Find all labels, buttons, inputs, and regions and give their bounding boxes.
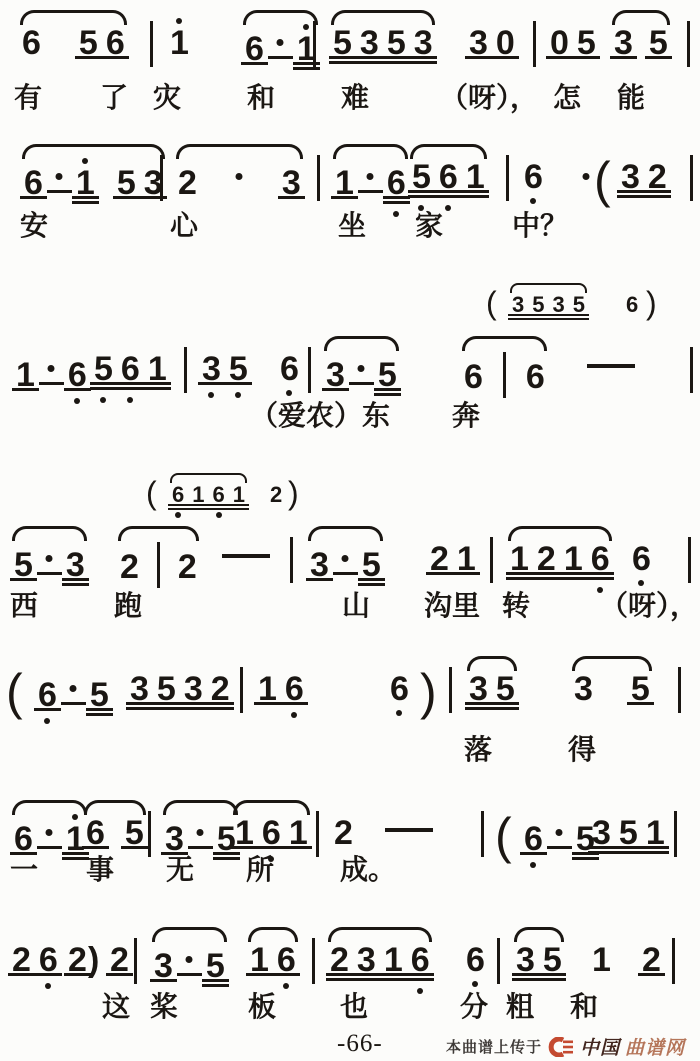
note-group: 2 <box>266 484 286 506</box>
note-digit: 2 <box>116 550 143 584</box>
augmentation-dot <box>61 672 86 706</box>
note-digit: 5 <box>528 294 548 316</box>
octave-dot-low <box>44 718 50 724</box>
lyric: 山 <box>342 592 370 623</box>
augmentation-dot <box>333 542 358 576</box>
note-digit: 1 <box>462 160 489 194</box>
note-group: 1 <box>166 26 193 60</box>
note-group: 1 <box>588 943 615 977</box>
note-digit: 1 <box>72 166 99 200</box>
note-digit: 3 <box>610 26 637 60</box>
bar-line <box>687 21 690 67</box>
note-digit: 1 <box>506 542 533 576</box>
note-digit: 6 <box>522 360 549 394</box>
note-digit: 5 <box>202 949 229 983</box>
note-digit: 5 <box>10 548 37 582</box>
bar-line <box>690 347 693 393</box>
note-group: 16 <box>254 672 308 706</box>
note-group: 16 <box>246 943 300 977</box>
note-group: ) <box>646 290 657 317</box>
octave-dot-low <box>445 205 451 211</box>
note-group <box>585 352 637 386</box>
lyric: 难 <box>341 84 369 115</box>
bar-line <box>672 938 675 984</box>
lyric: 怎 <box>553 84 581 115</box>
lyric: 这 <box>102 993 130 1024</box>
bar-line <box>449 667 452 713</box>
note-digit: 6 <box>622 294 642 316</box>
note-digit: 3 <box>512 943 539 977</box>
slur-arc <box>308 526 383 541</box>
parenthesis: ( <box>146 475 157 511</box>
note-digit: 3 <box>410 26 437 60</box>
note-digit: 5 <box>90 352 117 386</box>
note-digit: 6 <box>18 26 45 60</box>
slur-arc <box>22 144 165 159</box>
note-digit: 6 <box>64 358 91 392</box>
octave-dot-low <box>45 983 51 989</box>
note-digit: 5 <box>573 26 600 60</box>
note-group: ) <box>288 480 299 507</box>
note-digit: 3 <box>356 26 383 60</box>
note-digit: 3 <box>126 672 153 706</box>
lyric: 沟里 <box>424 592 480 623</box>
note-digit: 3 <box>353 943 380 977</box>
bar-line <box>157 542 160 588</box>
note-digit: 5 <box>374 358 401 392</box>
note-digit: 6 <box>386 672 413 706</box>
note-digit: 5 <box>121 816 148 850</box>
note-group: 2 <box>106 943 133 977</box>
watermark: 本曲谱上传于 中国曲谱网 <box>446 1033 685 1060</box>
lyric: 桨 <box>150 993 178 1024</box>
bar-line <box>313 21 316 67</box>
parenthesis: ) <box>646 285 657 321</box>
note-group: ) <box>420 672 437 712</box>
note-digit: 6 <box>407 943 434 977</box>
bar-line <box>690 155 693 201</box>
slur-arc <box>612 10 670 25</box>
lyric: 落 <box>464 736 492 767</box>
note-digit: 2 <box>426 542 453 576</box>
lyric: 坐 <box>338 212 366 243</box>
note-group: 32 <box>617 160 671 194</box>
note-digit: 1 <box>331 166 358 200</box>
note-digit: 1 <box>380 943 407 977</box>
lyric: 粗 <box>506 993 534 1024</box>
bar-line <box>481 811 484 857</box>
note-digit: 1 <box>560 542 587 576</box>
note-digit: 6 <box>460 360 487 394</box>
parenthesis: ) <box>420 664 437 720</box>
bar-line <box>240 667 243 713</box>
note-digit: 6 <box>587 542 614 576</box>
note-group: 161 <box>231 816 312 850</box>
octave-dot-low <box>127 397 133 403</box>
note-digit: 6 <box>276 352 303 386</box>
note-digit: 3 <box>198 352 225 386</box>
note-group: 16 <box>12 352 91 392</box>
bar-line <box>503 352 506 398</box>
note-digit: 3 <box>617 160 644 194</box>
bar-line <box>317 155 320 201</box>
note-digit: 1 <box>453 542 480 576</box>
lyric: 分 <box>460 993 488 1024</box>
bar-line <box>160 155 163 201</box>
note-digit: 2 <box>174 166 201 200</box>
note-group <box>220 542 272 576</box>
note-group: 22 <box>116 542 201 588</box>
slur-arc <box>243 10 318 25</box>
lyric: 跑 <box>114 592 142 623</box>
octave-dot-low <box>530 862 536 868</box>
octave-dot-low <box>393 211 399 217</box>
lyric: 奔 <box>452 402 480 433</box>
lyric: 心 <box>170 212 198 243</box>
note-digit: 1 <box>231 816 258 850</box>
note-digit: 6 <box>628 542 655 576</box>
note-group: 351 <box>588 816 669 850</box>
slur-arc <box>462 336 547 351</box>
note-digit: 1 <box>166 26 193 60</box>
octave-dot-low <box>291 712 297 718</box>
note-digit: 0 <box>546 26 573 60</box>
bar-line <box>312 938 315 984</box>
note-group: 2 <box>330 816 357 850</box>
note-digit: 2 <box>64 943 91 977</box>
note-digit: 5 <box>408 160 435 194</box>
slur-arc <box>410 144 487 159</box>
note-digit: 3 <box>570 672 597 706</box>
note-digit: 1 <box>246 943 273 977</box>
note-group: 2 <box>638 943 665 977</box>
note-group: 65 <box>82 816 148 850</box>
bar-line <box>490 537 493 583</box>
bar-line <box>506 155 509 201</box>
note-group: 66 <box>460 352 549 398</box>
note-group: 26 <box>8 943 62 977</box>
note-group: 6 <box>386 672 413 706</box>
bar-line <box>184 347 187 393</box>
note-digit: 1 <box>254 672 281 706</box>
lyric: 能 <box>617 84 645 115</box>
augmentation-dot <box>547 816 572 850</box>
bar-line <box>290 537 293 583</box>
note-group: 6 <box>276 352 303 386</box>
note-group: 656 <box>18 26 129 60</box>
slur-arc <box>152 927 227 942</box>
note-group: 561 <box>408 160 489 194</box>
lyric: 中？ <box>512 212 568 243</box>
note-group: 6 <box>628 542 655 576</box>
note-digit: 2 <box>174 550 201 584</box>
bar-line <box>678 667 681 713</box>
note-digit: 6 <box>520 160 547 194</box>
augmentation-dot <box>39 352 64 386</box>
slur-arc <box>176 144 303 159</box>
octave-dot-low <box>175 512 181 518</box>
augmentation-dot <box>37 816 62 850</box>
note-group: 2316 <box>326 943 434 977</box>
parenthesis: ( <box>495 808 512 864</box>
bar-line <box>308 347 311 393</box>
octave-dot-high <box>72 814 78 820</box>
note-group: ( <box>594 160 611 200</box>
slur-arc <box>84 800 146 815</box>
note-group: 05 <box>546 26 600 60</box>
slur-arc <box>328 927 432 942</box>
octave-dot-low <box>286 390 292 396</box>
note-group: 6 <box>622 294 642 316</box>
note-digit: 5 <box>86 678 113 712</box>
note-digit: 1 <box>144 352 171 386</box>
note-group: 35 <box>570 672 654 706</box>
note-digit: 3 <box>588 816 615 850</box>
augmentation-dot <box>349 352 374 386</box>
note-digit: 6 <box>168 484 188 506</box>
lyric: 一 <box>10 856 38 887</box>
note-digit: 5 <box>113 166 140 200</box>
note-digit: 2 <box>266 484 286 506</box>
note-digit: 6 <box>20 166 47 200</box>
note-digit: 5 <box>225 352 252 386</box>
note-digit: 6 <box>209 484 229 506</box>
note-group: 6161 <box>168 484 249 506</box>
note-digit: 5 <box>358 548 385 582</box>
slur-arc <box>514 927 564 942</box>
augmentation-dot <box>47 160 72 194</box>
note-digit: 5 <box>627 672 654 706</box>
lyric: 家 <box>415 212 443 243</box>
note-group: 61 <box>10 816 89 856</box>
bar-line <box>533 21 536 67</box>
site-name-light: 曲谱网 <box>625 1033 685 1060</box>
note-group: 35 <box>322 352 401 392</box>
note-digit: 3 <box>278 166 305 200</box>
note-digit: 1 <box>588 943 615 977</box>
slur-arc <box>467 656 517 671</box>
note-digit: 5 <box>75 26 102 60</box>
note-digit: 5 <box>329 26 356 60</box>
slur-arc <box>12 526 87 541</box>
note-group: 3535 <box>508 294 589 316</box>
note-digit: 3 <box>306 548 333 582</box>
note-dash <box>385 828 433 832</box>
slur-arc <box>572 656 652 671</box>
note-digit: 6 <box>281 672 308 706</box>
bar-line <box>150 21 153 67</box>
note-group: 21 <box>426 542 480 576</box>
octave-dot-low <box>208 392 214 398</box>
note-digit: 6 <box>383 166 410 200</box>
note-digit: 3 <box>150 949 177 983</box>
note-group: 53 <box>10 542 89 582</box>
note-digit: 0 <box>492 26 519 60</box>
octave-dot-high <box>303 24 309 30</box>
note-digit: 6 <box>462 943 489 977</box>
note-group: ( <box>6 672 23 712</box>
octave-dot-low <box>638 580 644 586</box>
lyric: 也 <box>340 993 368 1024</box>
note-digit: 5 <box>615 816 642 850</box>
note-group: 35 <box>610 26 672 60</box>
note-digit: 3 <box>180 672 207 706</box>
note-group: 2 <box>64 943 91 977</box>
note-digit: 2 <box>644 160 671 194</box>
note-group: 35 <box>150 943 229 983</box>
note-digit: 5 <box>539 943 566 977</box>
lyric: 成。 <box>340 856 396 887</box>
note-group: 3532 <box>126 672 234 706</box>
note-digit: 6 <box>10 822 37 856</box>
note-digit: 6 <box>117 352 144 386</box>
note-digit: 6 <box>34 678 61 712</box>
note-digit: 6 <box>520 822 547 856</box>
note-digit: 5 <box>153 672 180 706</box>
note-digit: 1 <box>285 816 312 850</box>
note-group: 35 <box>465 672 519 706</box>
note-group: ( <box>495 816 512 856</box>
octave-dot-high <box>82 158 88 164</box>
note-digit: 2 <box>330 816 357 850</box>
note-digit: 3 <box>465 26 492 60</box>
note-digit: 3 <box>465 672 492 706</box>
lyric: 转 <box>502 592 530 623</box>
bar-line <box>497 938 500 984</box>
note-digit: 2 <box>8 943 35 977</box>
note-group: ) <box>88 943 99 977</box>
page-number: -66- <box>337 1030 383 1058</box>
note-group: 35 <box>306 542 385 582</box>
bar-line <box>148 811 151 857</box>
augmentation-dot <box>188 816 213 850</box>
note-group: 30 <box>465 26 519 60</box>
lyric: 安 <box>20 212 48 243</box>
note-digit: 5 <box>645 26 672 60</box>
octave-dot-high <box>176 18 182 24</box>
octave-dot-low <box>283 983 289 989</box>
score-page: -66- 本曲谱上传于 中国曲谱网 6561615353300535有了灾和难（… <box>0 0 700 1061</box>
note-group: 561 <box>90 352 171 386</box>
slur-arc <box>20 10 127 25</box>
parenthesis: ( <box>594 152 611 208</box>
note-group: 35 <box>198 352 252 386</box>
note-group: 61 <box>241 26 320 66</box>
slur-arc <box>163 800 238 815</box>
parenthesis: ) <box>288 475 299 511</box>
note-digit: 2 <box>326 943 353 977</box>
note-digit: 2 <box>533 542 560 576</box>
lyric: 有 <box>14 84 42 115</box>
slur-arc <box>233 800 310 815</box>
slur-arc <box>324 336 399 351</box>
note-digit: 3 <box>161 822 188 856</box>
note-digit: 5 <box>383 26 410 60</box>
note-group: 5353 <box>329 26 437 60</box>
lyric: 灾 <box>153 84 181 115</box>
lyric: 得 <box>568 736 596 767</box>
note-digit: 6 <box>435 160 462 194</box>
note-dash <box>222 554 270 558</box>
note-group: ( <box>486 290 497 317</box>
note-digit: 5 <box>569 294 589 316</box>
note-digit: 6 <box>102 26 129 60</box>
bar-line <box>688 537 691 583</box>
lyric: 事 <box>86 856 114 887</box>
note-dash <box>587 364 635 368</box>
note-digit: 1 <box>188 484 208 506</box>
augmentation-dot <box>268 26 293 60</box>
lyric: （爱农）东 <box>250 402 390 433</box>
augmentation-dot <box>37 542 62 576</box>
site-logo <box>547 1037 575 1057</box>
lyric: 板 <box>248 993 276 1024</box>
octave-dot-low <box>100 397 106 403</box>
slur-arc <box>331 10 435 25</box>
octave-dot-low <box>417 988 423 994</box>
note-digit: 3 <box>508 294 528 316</box>
lyric: 和 <box>570 993 598 1024</box>
note-digit: 1 <box>12 358 39 392</box>
note-digit: 2 <box>106 943 133 977</box>
note-group: 6 <box>462 943 489 977</box>
slur-arc <box>508 526 612 541</box>
lyric: 和 <box>247 84 275 115</box>
note-digit: 2 <box>638 943 665 977</box>
lyric: 了 <box>100 84 128 115</box>
note-group: 35 <box>512 943 566 977</box>
note-digit: 3 <box>549 294 569 316</box>
note-group: 23 <box>174 160 305 200</box>
note-digit: 1 <box>229 484 249 506</box>
note-digit: 2 <box>207 672 234 706</box>
augmentation-dot <box>358 160 383 194</box>
parenthesis: ( <box>6 664 23 720</box>
note-digit: 6 <box>241 32 268 66</box>
note-digit: 6 <box>258 816 285 850</box>
note-group <box>383 816 435 850</box>
bar-line <box>674 811 677 857</box>
note-digit: 6 <box>35 943 62 977</box>
lyric: 无 <box>166 856 194 887</box>
bar-line <box>316 811 319 857</box>
slur-arc <box>333 144 408 159</box>
octave-dot-low <box>235 392 241 398</box>
note-digit: 5 <box>492 672 519 706</box>
note-digit: 3 <box>322 358 349 392</box>
lyric: （呀）， <box>440 84 538 115</box>
note-group: 6153 <box>20 160 167 200</box>
slur-arc <box>118 526 199 541</box>
note-digit: 1 <box>642 816 669 850</box>
slur-arc <box>12 800 87 815</box>
augmentation-dot <box>177 943 202 977</box>
note-digit: 6 <box>273 943 300 977</box>
octave-dot-low <box>472 981 478 987</box>
watermark-prefix: 本曲谱上传于 <box>446 1036 542 1057</box>
octave-dot-low <box>530 198 536 204</box>
lyric: 所 <box>246 856 274 887</box>
note-group: 35 <box>161 816 240 856</box>
octave-dot-low <box>74 398 80 404</box>
site-name-bold: 中国 <box>580 1033 620 1060</box>
augmentation-dot <box>227 160 252 194</box>
parenthesis: ) <box>88 941 99 979</box>
bar-line <box>134 938 137 984</box>
slur-arc <box>248 927 298 942</box>
octave-dot-low <box>396 710 402 716</box>
note-group: 6 <box>520 160 547 194</box>
